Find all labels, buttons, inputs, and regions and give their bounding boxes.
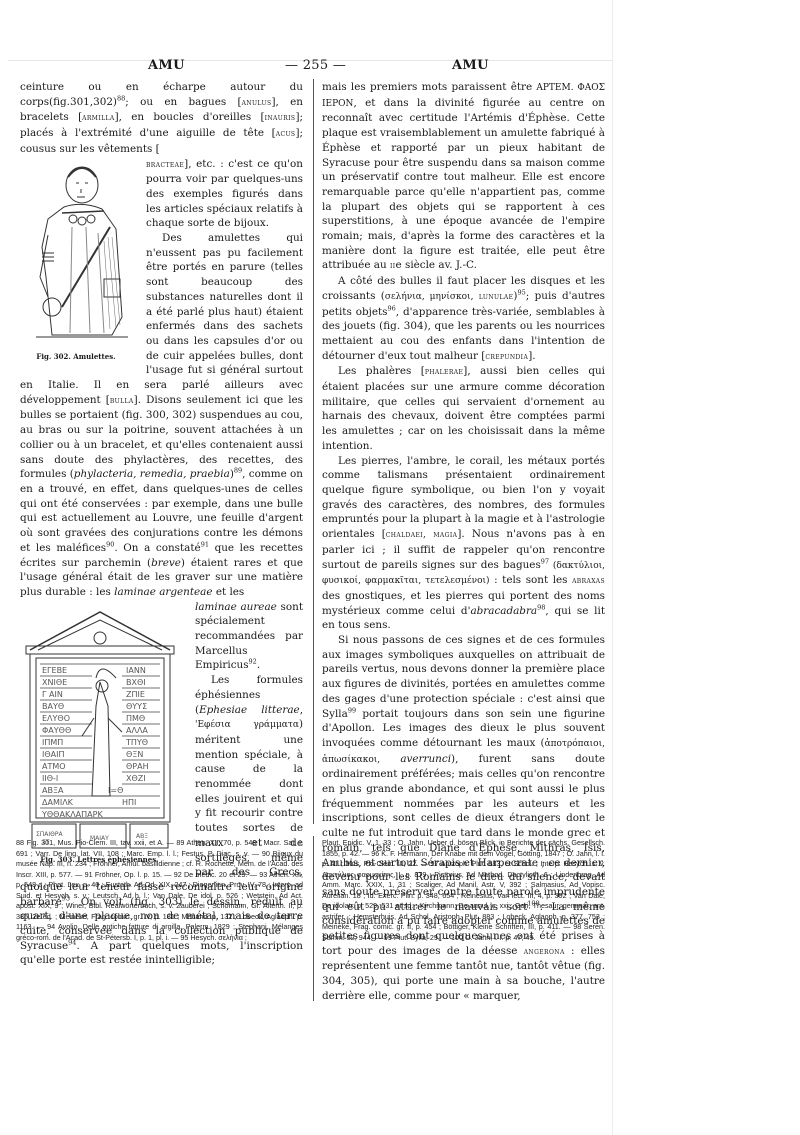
- cross-ref-bulla[interactable]: bulla: [110, 396, 134, 406]
- cross-ref-acus[interactable]: acus: [276, 129, 296, 139]
- paragraph-1: ceinture ou en écharpe autour du corps(f…: [20, 80, 303, 157]
- svg-text:ΙΙΘ-Ι: ΙΙΘ-Ι: [42, 774, 58, 783]
- footnote-ref[interactable]: 99: [348, 706, 356, 714]
- cross-ref-angerona[interactable]: angerona: [524, 947, 565, 957]
- footnote-ref[interactable]: 89: [234, 467, 242, 475]
- svg-text:ΥΘΘΑΚΛΑΠΑΡΚ: ΥΘΘΑΚΛΑΠΑΡΚ: [41, 810, 103, 819]
- svg-text:ΔΑΜΙΛΚ: ΔΑΜΙΛΚ: [42, 798, 74, 807]
- left-column: ceinture ou en écharpe autour du corps(f…: [20, 80, 303, 968]
- svg-text:ΤΠΥΘ: ΤΠΥΘ: [125, 738, 148, 747]
- svg-text:ΧΝΙΘΕ: ΧΝΙΘΕ: [42, 678, 67, 687]
- cross-ref-armilla[interactable]: armilla: [82, 113, 114, 123]
- svg-text:ΗΠΙ: ΗΠΙ: [122, 798, 136, 807]
- svg-text:ΑΒΞΑ: ΑΒΞΑ: [42, 786, 64, 795]
- cross-ref-anulus[interactable]: anulus: [242, 98, 272, 108]
- column-divider: [313, 79, 314, 824]
- amulet-figure-illustration: [12, 157, 140, 352]
- svg-text:ΑΤΜΟ: ΑΤΜΟ: [42, 762, 66, 771]
- footnote-column-divider: [313, 836, 314, 1001]
- cross-ref-abraxas[interactable]: abraxas: [572, 576, 605, 586]
- footnotes-left: 88 Fig. 301, Mus. Pio-Clem. III, tav. xx…: [16, 838, 303, 943]
- footnote-ref[interactable]: 97: [541, 557, 549, 565]
- svg-text:ΕΓΕΒΕ: ΕΓΕΒΕ: [42, 666, 67, 675]
- footnote-ref[interactable]: 96: [388, 304, 396, 312]
- figure-302-caption: Fig. 302. Amulettes.: [12, 350, 140, 365]
- paragraph-5: Si nous passons de ces signes et de ces …: [322, 633, 605, 1004]
- ephesian-plaque-illustration: ΕΓΕΒΕΙΑΝΝ ΧΝΙΘΕΒΧΘΙ Γ ΑΙΝΖΠΙΕ ΒΑΥΘΘΥΥΣ Ε…: [12, 606, 187, 854]
- footnote-ref[interactable]: 92: [249, 658, 257, 666]
- cross-ref-lunulae[interactable]: lunulae: [479, 292, 514, 302]
- cross-ref-chaldaei-magia[interactable]: chaldaei, magia: [386, 530, 458, 540]
- svg-text:ΦΑΥΘΘ: ΦΑΥΘΘ: [42, 726, 71, 735]
- svg-text:ΘΡΑΗ: ΘΡΑΗ: [126, 762, 149, 771]
- svg-text:ΣΠΑΙΘΡΑ: ΣΠΑΙΘΡΑ: [36, 831, 64, 838]
- svg-text:ΑΛΛΑ: ΑΛΛΑ: [126, 726, 148, 735]
- svg-text:Γ ΑΙΝ: Γ ΑΙΝ: [42, 690, 63, 699]
- running-head-left: AMU: [148, 58, 185, 73]
- running-head-right: AMU: [452, 58, 489, 73]
- cross-ref-phalerae[interactable]: phalerae: [425, 367, 463, 377]
- svg-text:ΒΧΘΙ: ΒΧΘΙ: [126, 678, 146, 687]
- paragraph-4: Les pierres, l'ambre, le corail, les mét…: [322, 454, 605, 633]
- footnotes-right: Plaut. Epidic. V, 1, 33 ; O. Jahn, Ueber…: [322, 838, 605, 943]
- footnote-ref[interactable]: 95: [517, 288, 525, 296]
- figure-302-amulettes: Fig. 302. Amulettes.: [12, 157, 140, 365]
- svg-text:ΧΘΖΙ: ΧΘΖΙ: [126, 774, 146, 783]
- svg-text:ΙΑΝΝ: ΙΑΝΝ: [126, 666, 146, 675]
- cross-ref-inauris[interactable]: inauris: [265, 113, 296, 123]
- svg-text:ΘΥΥΣ: ΘΥΥΣ: [126, 702, 147, 711]
- svg-text:ΠΜΘ: ΠΜΘ: [126, 714, 145, 723]
- paragraph-1: mais les premiers mots paraissent être Α…: [322, 80, 605, 274]
- footnote-ref[interactable]: 91: [201, 540, 209, 548]
- svg-text:ΘΞΝ: ΘΞΝ: [126, 750, 143, 759]
- cross-ref-bracteae[interactable]: bracteae: [146, 160, 184, 170]
- scan-page-edge: [612, 0, 613, 1135]
- svg-text:ΕΛΥΘΟ: ΕΛΥΘΟ: [42, 714, 70, 723]
- cross-ref-crepundia[interactable]: crepundia: [485, 352, 528, 362]
- svg-text:ΒΑΥΘ: ΒΑΥΘ: [42, 702, 64, 711]
- page-number: — 255 —: [285, 58, 346, 73]
- svg-text:ΙΠΜΠ: ΙΠΜΠ: [42, 738, 63, 747]
- svg-text:ΙΘΑΙΠ: ΙΘΑΙΠ: [42, 750, 65, 759]
- paragraph-2: A côté des bulles il faut placer les dis…: [322, 274, 605, 364]
- figure-303-lettres-ephesiennes: ΕΓΕΒΕΙΑΝΝ ΧΝΙΘΕΒΧΘΙ Γ ΑΙΝΖΠΙΕ ΒΑΥΘΘΥΥΣ Ε…: [12, 606, 187, 868]
- paragraph-3: Les phalères [phalerae], aussi bien cell…: [322, 364, 605, 453]
- svg-text:ΖΠΙΕ: ΖΠΙΕ: [126, 690, 145, 699]
